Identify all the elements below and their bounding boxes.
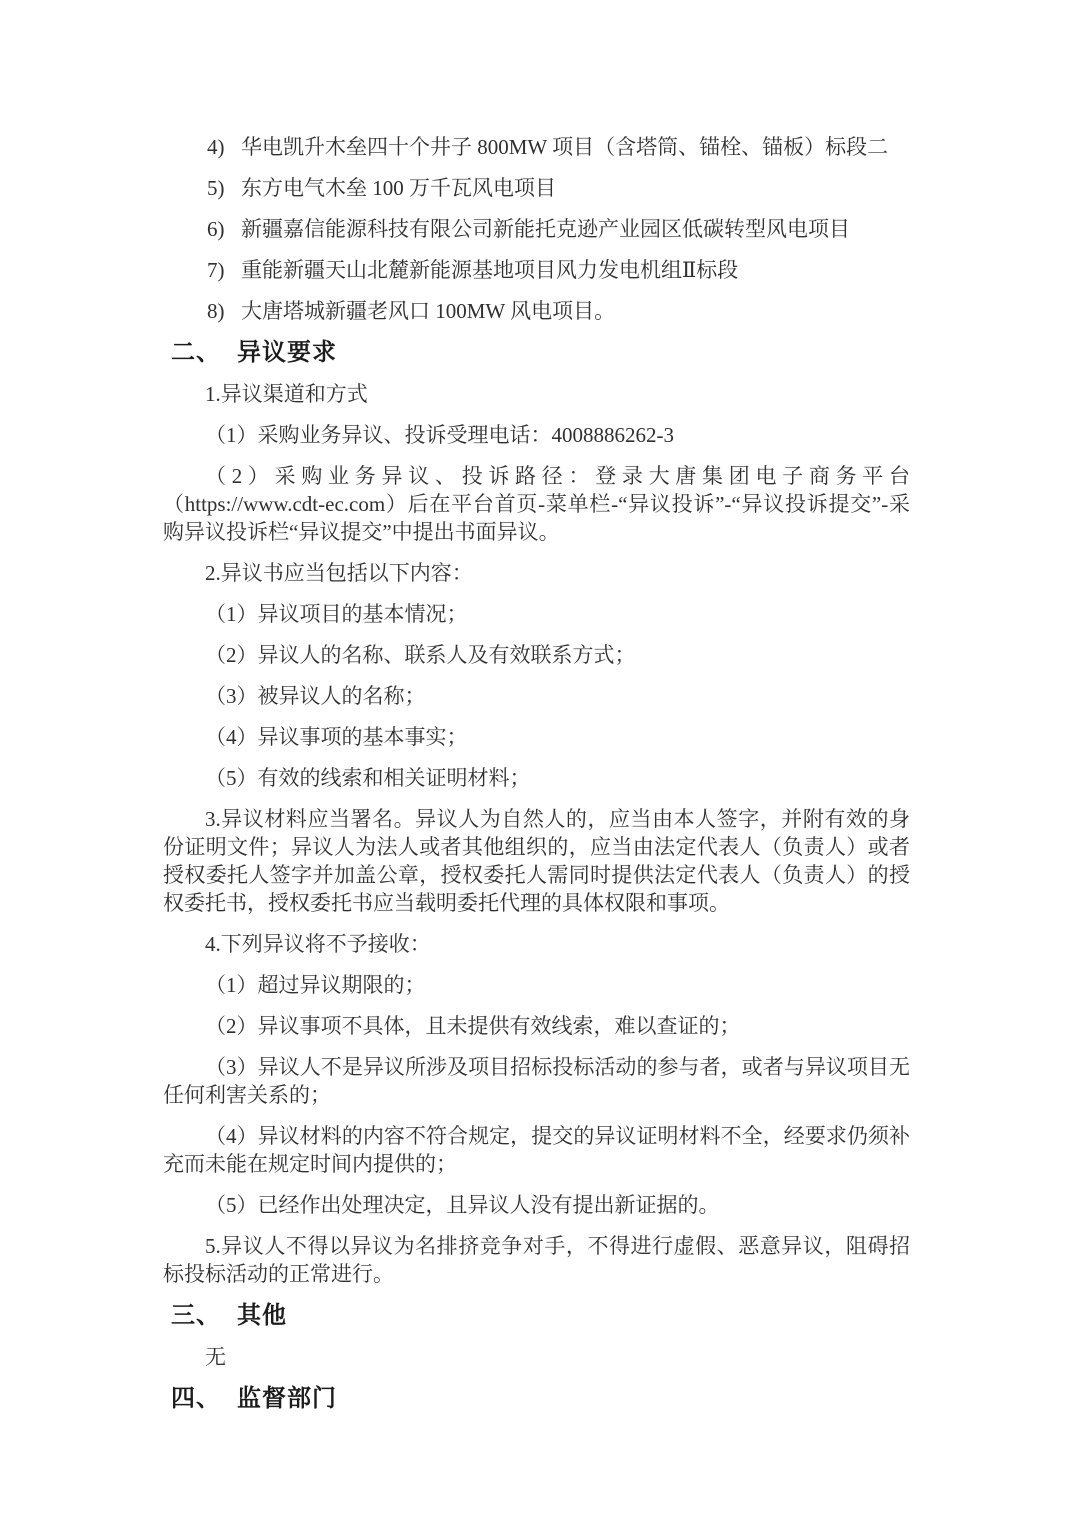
list-item-text: 重能新疆天山北麓新能源基地项目风力发电机组Ⅱ标段	[241, 258, 738, 282]
paragraph-none: 无	[163, 1343, 910, 1371]
project-list-item: 6)新疆嘉信能源科技有限公司新能托克逊产业园区低碳转型风电项目	[207, 215, 910, 243]
section-number: 二、	[171, 338, 237, 368]
paragraph: （1）超过异议期限的；	[163, 971, 910, 999]
project-list-item: 4)华电凯升木垒四十个井子 800MW 项目（含塔筒、锚栓、锚板）标段二	[207, 133, 910, 161]
list-item-text: 大唐塔城新疆老风口 100MW 风电项目。	[241, 299, 615, 323]
list-item-number: 4)	[207, 133, 241, 161]
project-list-item: 7)重能新疆天山北麓新能源基地项目风力发电机组Ⅱ标段	[207, 256, 910, 284]
paragraph: 3.异议材料应当署名。异议人为自然人的，应当由本人签字，并附有效的身份证明文件；…	[163, 805, 910, 917]
paragraph: 5.异议人不得以异议为名排挤竞争对手，不得进行虚假、恶意异议，阻碍招标投标活动的…	[163, 1232, 910, 1288]
list-item-number: 7)	[207, 256, 241, 284]
paragraph-phone: （1）采购业务异议、投诉受理电话：4008886262-3	[163, 421, 910, 449]
section-heading-supervision-department: 四、监督部门	[171, 1384, 910, 1414]
paragraph: （2）异议人的名称、联系人及有效联系方式；	[163, 641, 910, 669]
list-item-text: 东方电气木垒 100 万千瓦风电项目	[241, 176, 556, 200]
paragraph: （1）异议项目的基本情况；	[163, 600, 910, 628]
section-title: 监督部门	[237, 1385, 337, 1412]
paragraph: 4.下列异议将不予接收：	[163, 930, 910, 958]
paragraph: 1.异议渠道和方式	[163, 380, 910, 408]
paragraph: （3）异议人不是异议所涉及项目招标投标活动的参与者，或者与异议项目无任何利害关系…	[163, 1053, 910, 1109]
list-item-text: 新疆嘉信能源科技有限公司新能托克逊产业园区低碳转型风电项目	[241, 217, 850, 241]
list-item-number: 8)	[207, 297, 241, 325]
paragraph-platform-url: （2）采购业务异议、投诉路径：登录大唐集团电子商务平台（https://www.…	[163, 462, 910, 546]
paragraph: （5）已经作出处理决定，且异议人没有提出新证据的。	[163, 1191, 910, 1219]
paragraph: （3）被异议人的名称；	[163, 682, 910, 710]
list-item-number: 5)	[207, 174, 241, 202]
list-item-number: 6)	[207, 215, 241, 243]
paragraph: （4）异议材料的内容不符合规定，提交的异议证明材料不全，经要求仍须补充而未能在规…	[163, 1122, 910, 1178]
project-list: 4)华电凯升木垒四十个井子 800MW 项目（含塔筒、锚栓、锚板）标段二 5)东…	[163, 133, 910, 325]
section-number: 三、	[171, 1301, 237, 1331]
section-number: 四、	[171, 1384, 237, 1414]
paragraph: （4）异议事项的基本事实；	[163, 723, 910, 751]
document-page: 4)华电凯升木垒四十个井子 800MW 项目（含塔筒、锚栓、锚板）标段二 5)东…	[0, 0, 1080, 1527]
section-title: 异议要求	[237, 339, 337, 366]
project-list-item: 5)东方电气木垒 100 万千瓦风电项目	[207, 174, 910, 202]
section-heading-other: 三、其他	[171, 1301, 910, 1331]
section-title: 其他	[237, 1302, 287, 1329]
section-heading-objection-requirements: 二、异议要求	[171, 338, 910, 368]
paragraph: （2）异议事项不具体，且未提供有效线索，难以查证的；	[163, 1012, 910, 1040]
paragraph: （5）有效的线索和相关证明材料；	[163, 764, 910, 792]
list-item-text: 华电凯升木垒四十个井子 800MW 项目（含塔筒、锚栓、锚板）标段二	[241, 135, 888, 159]
project-list-item: 8)大唐塔城新疆老风口 100MW 风电项目。	[207, 297, 910, 325]
paragraph: 2.异议书应当包括以下内容：	[163, 559, 910, 587]
